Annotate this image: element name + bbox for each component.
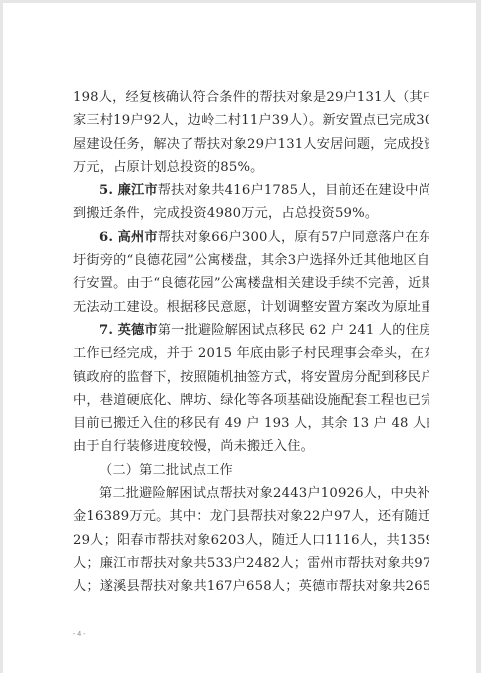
text-line: 198人，经复核确认符合条件的帮扶对象是29户131人（其中：培 [73, 86, 429, 109]
document-page: 198人，经复核确认符合条件的帮扶对象是29户131人（其中：培 家三村19户9… [3, 3, 476, 673]
page-number: - 4 - [73, 631, 85, 638]
text-line: 镇政府的监督下，按照随机抽签方式，将安置房分配到移民户手 [73, 366, 429, 389]
text-line: 人；廉江市帮扶对象共533户2482人；雷州市帮扶对象共97户564 [73, 552, 429, 575]
item-number: 7. [99, 323, 113, 338]
text-line: 第二批避险解困试点帮扶对象2443户10926人，中央补助资 [73, 482, 429, 505]
text-line: 目前已搬迁入住的移民有 49 户 193 人，其余 13 户 48 人的房屋 [73, 412, 429, 435]
list-item-6-line: 6. 高州市帮扶对象66户300人，原有57户同意落户在东岸镇 [73, 226, 429, 249]
text-line: 万元，占原计划总投资的85%。 [73, 156, 429, 179]
text-line: 人；遂溪县帮扶对象共167户658人；英德市帮扶对象共265户922人。 [73, 575, 429, 598]
text-fragment: 帮扶对象共416户1785人，目前还在建设中尚未达 [158, 183, 429, 198]
text-line: 工作已经完成，并于 2015 年底由影子村民理事会牵头，在东华 [73, 342, 429, 365]
document-body: 198人，经复核确认符合条件的帮扶对象是29户131人（其中：培 家三村19户9… [73, 86, 429, 599]
section-heading: （二）第二批试点工作 [73, 459, 429, 482]
text-line: 屋建设任务，解决了帮扶对象29户131人安居问题，完成投资921 [73, 133, 429, 156]
text-fragment: 第一批避险解困试点移民 62 户 241 人的住房建设 [158, 323, 429, 338]
item-number: 6. [99, 230, 113, 245]
text-line: 行安置。由于“良德花园”公寓楼盘相关建设手续不完善，近期 [73, 272, 429, 295]
text-line: 家三村19户92人，边岭二村11户39人）。新安置点已完成30座房 [73, 109, 429, 132]
text-line: 无法动工建设。根据移民意愿，计划调整安置方案改为原址重建。 [73, 296, 429, 319]
text-line: 由于自行装修进度较慢，尚未搬迁入住。 [73, 435, 429, 458]
text-line: 金16389万元。其中：龙门县帮扶对象22户97人，还有随迁人口 [73, 505, 429, 528]
item-lead: 高州市 [118, 230, 158, 245]
text-line: 到搬迁条件，完成投资4980万元，占总投资59%。 [73, 202, 429, 225]
text-line: 中，巷道硬底化、牌坊、绿化等各项基础设施配套工程也已完善。 [73, 389, 429, 412]
text-fragment: 帮扶对象66户300人，原有57户同意落户在东岸镇 [158, 230, 429, 245]
item-lead: 廉江市 [118, 183, 158, 198]
item-number: 5. [99, 183, 113, 198]
text-line: 29人；阳春市帮扶对象6203人，随迁人口1116人，共1359户7319 [73, 529, 429, 552]
list-item-5-line: 5. 廉江市帮扶对象共416户1785人，目前还在建设中尚未达 [73, 179, 429, 202]
item-lead: 英德市 [118, 323, 158, 338]
list-item-7-line: 7. 英德市第一批避险解困试点移民 62 户 241 人的住房建设 [73, 319, 429, 342]
text-line: 圩街旁的“良德花园”公寓楼盘，其余3户选择外迁其他地区自 [73, 249, 429, 272]
